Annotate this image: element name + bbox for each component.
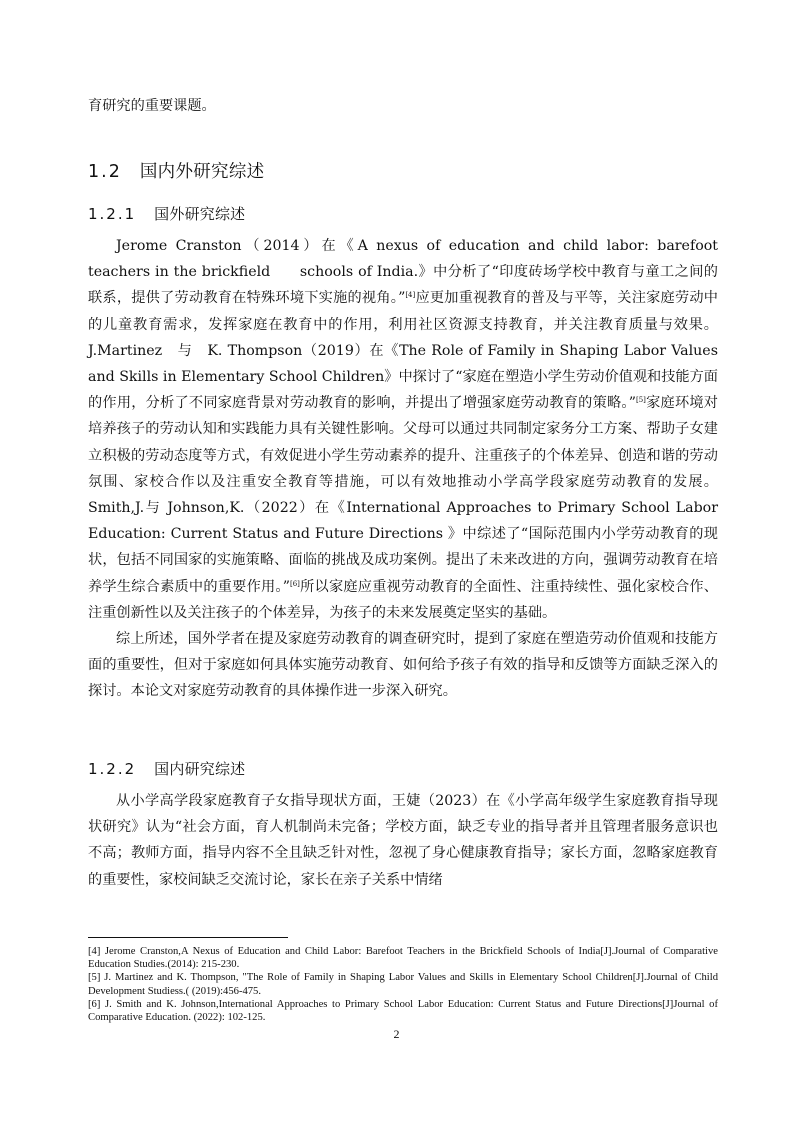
section-heading: 1.2国内外研究综述 [88, 158, 264, 183]
paragraph-text: 应更加重视教育的普及与平等，关注家庭劳动中的儿童教育需求，发挥家庭在教育中的作用… [88, 290, 718, 411]
subsection-title: 国内研究综述 [154, 760, 245, 778]
foreign-review-paragraph-2: 综上所述，国外学者在提及家庭劳动教育的调查研究时，提到了家庭在塑造劳动价值观和技… [88, 626, 718, 705]
domestic-review-paragraph-1: 从小学高学段家庭教育子女指导现状方面，王婕（2023）在《小学高年级学生家庭教育… [88, 788, 718, 893]
paragraph-text: 家庭环境对培养孩子的劳动认知和实践能力具有关键性影响。父母可以通过共同制定家务分… [88, 395, 718, 594]
document-page: 育研究的重要课题。 1.2国内外研究综述 1.2.1国外研究综述 Jerome … [0, 0, 793, 1122]
section-number: 1.2 [88, 162, 122, 182]
subsection-heading-foreign: 1.2.1国外研究综述 [88, 203, 245, 224]
subsection-number: 1.2.2 [88, 760, 136, 778]
footnote-5: [5] J. Martinez and K. Thompson, "The Ro… [88, 971, 718, 997]
citation-ref-5[interactable]: [5] [636, 396, 646, 404]
page-number: 2 [0, 1027, 793, 1042]
subsection-heading-domestic: 1.2.2国内研究综述 [88, 758, 245, 779]
foreign-review-body: Jerome Cranston（2014）在《A nexus of educat… [88, 233, 718, 705]
section-title: 国内外研究综述 [140, 162, 265, 182]
foreign-review-paragraph-1: Jerome Cranston（2014）在《A nexus of educat… [88, 233, 718, 626]
subsection-title: 国外研究综述 [154, 205, 245, 223]
citation-ref-4[interactable]: [4] [405, 291, 415, 299]
subsection-number: 1.2.1 [88, 205, 136, 223]
footnotes: [4] Jerome Cranston,A Nexus of Education… [88, 945, 718, 1024]
carryover-paragraph: 育研究的重要课题。 [88, 93, 718, 119]
domestic-review-body: 从小学高学段家庭教育子女指导现状方面，王婕（2023）在《小学高年级学生家庭教育… [88, 788, 718, 893]
footnote-4: [4] Jerome Cranston,A Nexus of Education… [88, 945, 718, 971]
footnote-divider [88, 937, 288, 938]
footnote-6: [6] J. Smith and K. Johnson,Internationa… [88, 998, 718, 1024]
citation-ref-6[interactable]: [6] [290, 580, 300, 588]
